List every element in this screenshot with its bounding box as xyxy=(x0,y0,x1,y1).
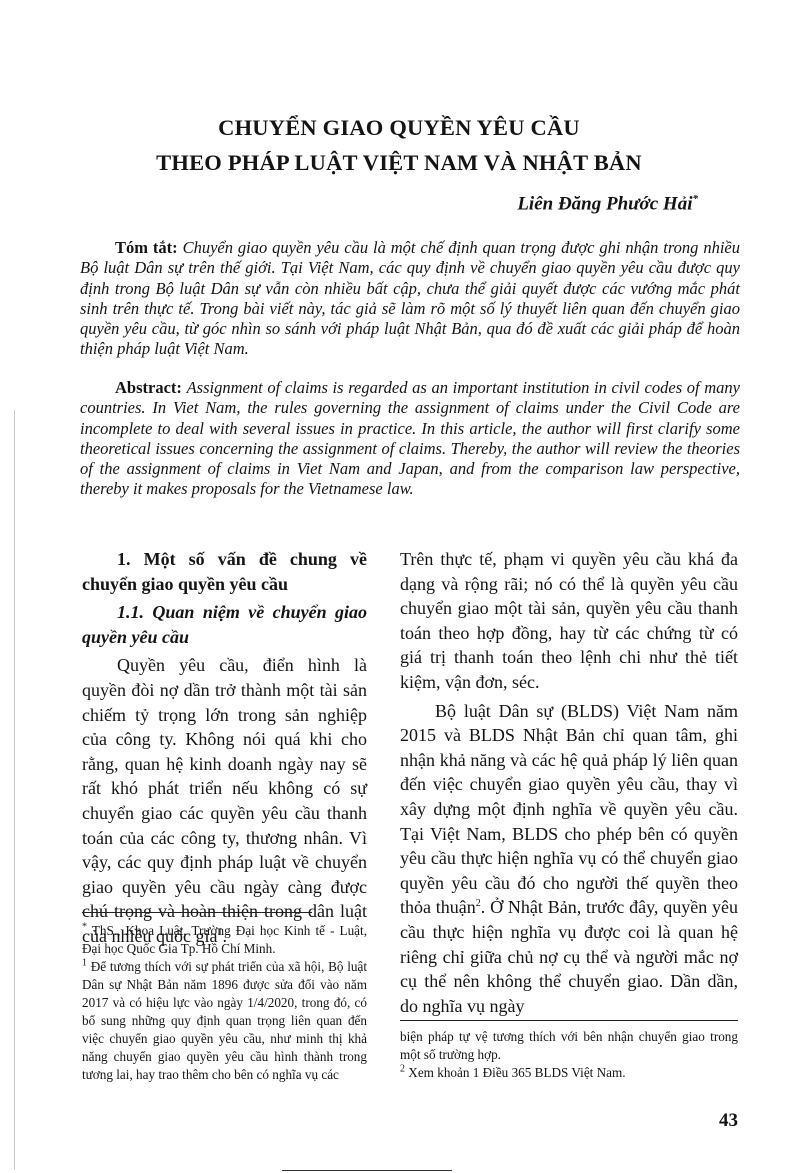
footnotes-right: biện pháp tự vệ tương thích với bên nhận… xyxy=(400,1028,738,1082)
scan-edge-line xyxy=(14,410,15,1170)
author-byline: Liên Đăng Phước Hải* xyxy=(517,193,698,215)
right-column: Trên thực tế, phạm vi quyền yêu cầu khá … xyxy=(400,547,738,1018)
subsection-heading-1-1: 1.1. Quan niệm về chuyển giao quyền yêu … xyxy=(82,600,367,649)
bottom-rule xyxy=(282,1170,452,1171)
footnote-text: Để tương thích với sự phát triển của xã … xyxy=(82,959,367,1082)
footnote-1: 1 Để tương thích với sự phát triển của x… xyxy=(82,958,367,1084)
footnote-text: Xem khoản 1 Điều 365 BLDS Việt Nam. xyxy=(408,1065,625,1080)
abstract-en-label: Abstract: xyxy=(115,378,182,397)
page-number: 43 xyxy=(719,1110,738,1132)
paragraph-text: Bộ luật Dân sự (BLDS) Việt Nam năm 2015 … xyxy=(400,701,738,918)
footnote-marker: 1 xyxy=(82,958,87,969)
body-paragraph: Trên thực tế, phạm vi quyền yêu cầu khá … xyxy=(400,547,738,695)
footnote-2: 2 Xem khoản 1 Điều 365 BLDS Việt Nam. xyxy=(400,1064,738,1082)
footnote-separator xyxy=(82,912,312,913)
section-heading-1: 1. Một số vấn đề chung về chuyển giao qu… xyxy=(82,547,367,596)
paragraph-text: Quyền yêu cầu, điển hình là quyền đòi nợ… xyxy=(82,655,367,946)
abstract-vi-label: Tóm tắt: xyxy=(115,238,178,257)
footnote-marker: 2 xyxy=(400,1064,405,1075)
author-footnote-marker: * xyxy=(693,193,699,205)
footnote-text: ThS., Khoa Luật, Trường Đại học Kinh tế … xyxy=(82,923,367,956)
abstract-vietnamese: Tóm tắt: Chuyển giao quyền yêu cầu là mộ… xyxy=(80,238,740,360)
footnote-marker: * xyxy=(82,922,87,933)
title-line-1: CHUYỂN GIAO QUYỀN YÊU CẦU xyxy=(0,110,798,145)
footnotes-left: * ThS., Khoa Luật, Trường Đại học Kinh t… xyxy=(82,922,367,1084)
abstract-english: Abstract: Assignment of claims is regard… xyxy=(80,378,740,500)
author-name: Liên Đăng Phước Hải xyxy=(517,193,692,214)
footnote-author: * ThS., Khoa Luật, Trường Đại học Kinh t… xyxy=(82,922,367,958)
title-line-2: THEO PHÁP LUẬT VIỆT NAM VÀ NHẬT BẢN xyxy=(0,145,798,180)
footnote-separator xyxy=(400,1020,738,1021)
body-paragraph: Quyền yêu cầu, điển hình là quyền đòi nợ… xyxy=(82,653,367,948)
document-page: CHUYỂN GIAO QUYỀN YÊU CẦU THEO PHÁP LUẬT… xyxy=(0,0,798,1173)
abstract-vi-text: Chuyển giao quyền yêu cầu là một chế địn… xyxy=(80,238,740,358)
footnote-1-continued: biện pháp tự vệ tương thích với bên nhận… xyxy=(400,1028,738,1064)
body-paragraph: Bộ luật Dân sự (BLDS) Việt Nam năm 2015 … xyxy=(400,699,738,1019)
left-column: 1. Một số vấn đề chung về chuyển giao qu… xyxy=(82,547,367,949)
article-title: CHUYỂN GIAO QUYỀN YÊU CẦU THEO PHÁP LUẬT… xyxy=(0,110,798,180)
